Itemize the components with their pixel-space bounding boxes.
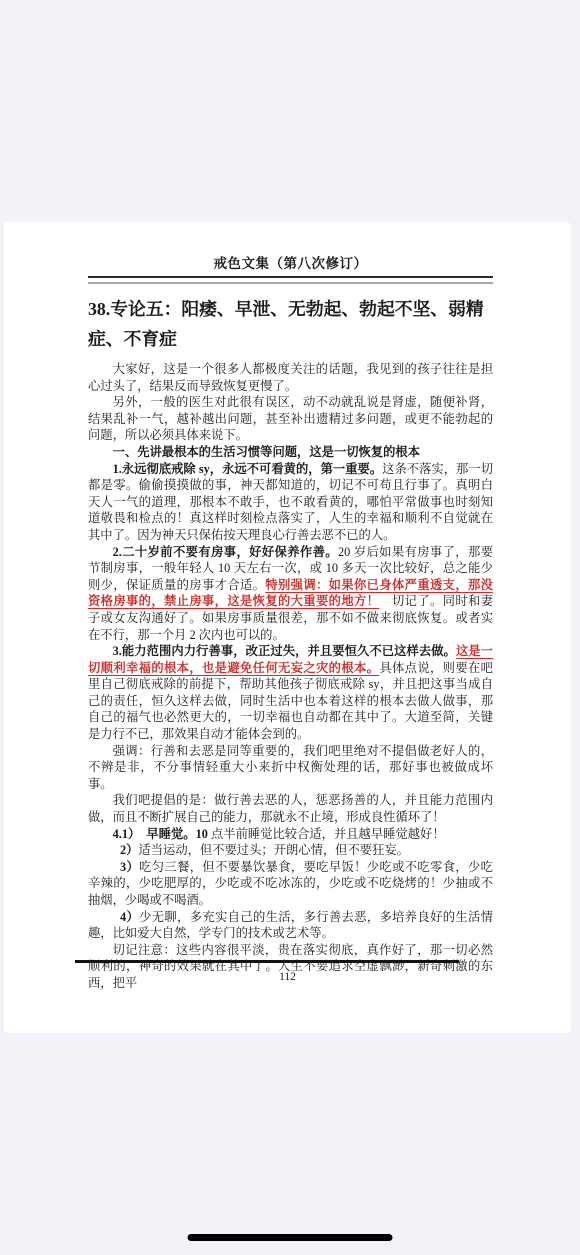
home-indicator-bar[interactable] (188, 1234, 393, 1241)
paragraph: 大家好，这是一个很多人都极度关注的话题，我见到的孩子往往是担心过头了，结果反而导… (88, 361, 493, 394)
text-run: 4） (120, 910, 139, 924)
footer-rule (75, 960, 459, 963)
paragraph: 4）少无聊，多充实自己的生活，多行善去恶，多培养良好的生活情趣，比如爱大自然，学… (88, 909, 493, 942)
paragraph: 另外，一般的医生对此很有误区，动不动就乱说是肾虚，随便补肾，结果乱补一气，越补越… (88, 394, 493, 444)
paragraph: 强调：行善和去恶是同等重要的，我们吧里绝对不提倡做老好人的，不辨是非，不分事情轻… (88, 743, 493, 793)
page-number: 112 (4, 971, 571, 983)
text-run: 2.二十岁前不要有房事，好好保养作善。 (113, 545, 338, 559)
header-rule (88, 276, 493, 284)
text-run: 适当运动，但不要过头；开朗心情，但不要狂妄。 (138, 843, 409, 857)
text-run: 吃匀三餐，但不要暴饮暴食，要吃早饭！少吃或不吃零食，少吃辛辣的，少吃肥厚的，少吃… (88, 860, 493, 907)
text-run: 3） (120, 860, 139, 874)
text-run: 大家好，这是一个很多人都极度关注的话题，我见到的孩子往往是担心过头了，结果反而导… (88, 362, 493, 393)
page-content: 戒色文集（第八次修订） 38.专论五：阳痿、早泄、无勃起、勃起不坚、弱精症、不育… (4, 222, 571, 992)
text-run: 少无聊，多充实自己的生活，多行善去恶，多培养良好的生活情趣，比如爱大自然，学专门… (88, 910, 493, 941)
paragraph: 3.能力范围内力行善事，改正过失，并且要恒久不已这样去做。这是一切顺利幸福的根本… (88, 643, 493, 743)
document-body: 大家好，这是一个很多人都极度关注的话题，我见到的孩子往往是担心过头了，结果反而导… (88, 361, 493, 992)
paragraph: 3）吃匀三餐，但不要暴饮暴食，要吃早饭！少吃或不吃零食，少吃辛辣的，少吃肥厚的，… (88, 859, 493, 909)
text-run: 3.能力范围内力行善事，改正过失，并且要恒久不已这样去做。 (113, 644, 456, 658)
text-run: 2） (120, 843, 138, 857)
text-run: 强调：行善和去恶是同等重要的，我们吧里绝对不提倡做老好人的，不辨是非，不分事情轻… (88, 744, 493, 791)
paragraph: 切记注意：这些内容很平淡，贵在落实彻底，真作好了，那一切必然顺利的，神奇的效果就… (88, 942, 493, 992)
paragraph: 2.二十岁前不要有房事，好好保养作善。20 岁后如果有房事了，那要节制房事，一般… (88, 544, 493, 644)
paragraph: 我们吧提倡的是：做行善去恶的人，惩恶扬善的人，并且能力范围内做，而且不断扩展自己… (88, 792, 493, 825)
document-title: 38.专论五：阳痿、早泄、无勃起、勃起不坚、弱精症、不育症 (88, 294, 493, 354)
document-header: 戒色文集（第八次修订） (88, 255, 493, 272)
paragraph: 4.1） 早睡觉。10 点半前睡觉比较合适，并且越早睡觉越好！ (88, 826, 493, 843)
screen: 戒色文集（第八次修订） 38.专论五：阳痿、早泄、无勃起、勃起不坚、弱精症、不育… (0, 0, 580, 1255)
text-run: 点半前睡觉比较合适，并且越早睡觉越好！ (208, 827, 445, 841)
text-run: 一、先讲最根本的生活习惯等问题，这是一切恢复的根本 (113, 445, 420, 459)
text-run: 另外，一般的医生对此很有误区，动不动就乱说是肾虚，随便补肾，结果乱补一气，越补越… (88, 395, 493, 442)
document-page: 戒色文集（第八次修订） 38.专论五：阳痿、早泄、无勃起、勃起不坚、弱精症、不育… (4, 222, 571, 1033)
paragraph: 2）适当运动，但不要过头；开朗心情，但不要狂妄。 (88, 842, 493, 859)
text-run: 我们吧提倡的是：做行善去恶的人，惩恶扬善的人，并且能力范围内做，而且不断扩展自己… (88, 793, 493, 824)
paragraph: 一、先讲最根本的生活习惯等问题，这是一切恢复的根本 (88, 444, 493, 461)
text-run: 1.永远彻底戒除 sy，永远不可看黄的，第一重要。 (113, 462, 383, 476)
paragraph: 1.永远彻底戒除 sy，永远不可看黄的，第一重要。这条不落实，那一切都是零。偷偷… (88, 461, 493, 544)
text-run: 4.1） 早睡觉。10 (113, 827, 208, 841)
